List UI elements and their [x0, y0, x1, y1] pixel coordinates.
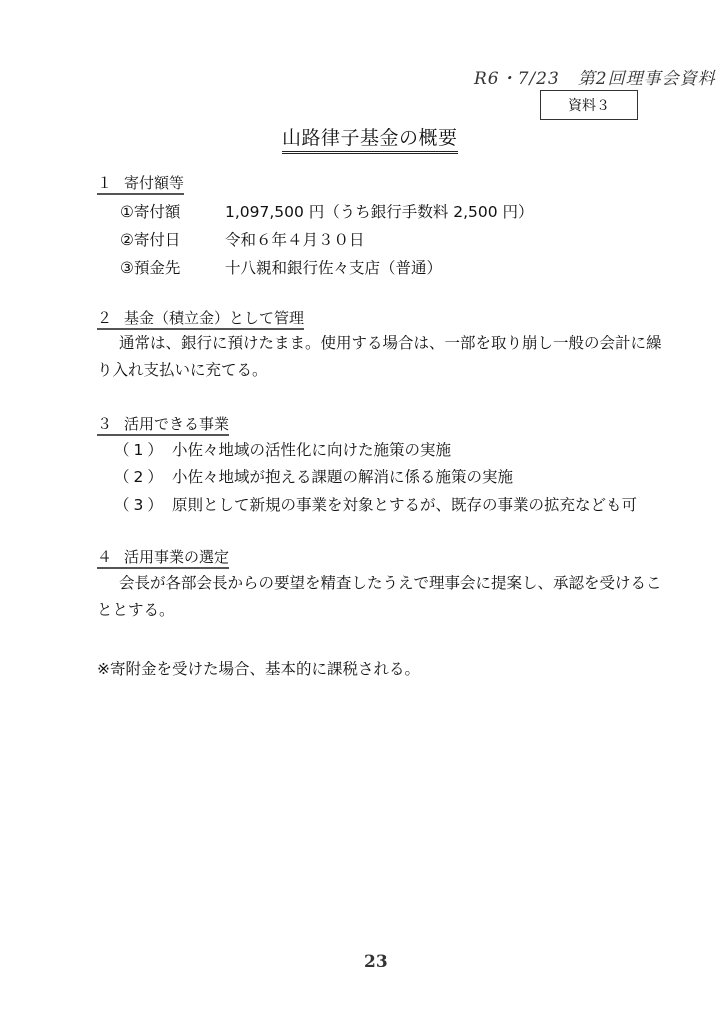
- section-number: １: [97, 174, 112, 192]
- row-label: ①寄付額: [120, 200, 225, 222]
- tax-note: ※寄附金を受けた場合、基本的に課税される。: [97, 657, 420, 679]
- section-title: 寄付額等: [124, 174, 184, 192]
- section-4-paragraph: 会長が各部会長からの要望を精査したうえで理事会に提案し、承認を受けることとする。: [97, 570, 662, 624]
- item-text: 小佐々地域の活性化に向けた施策の実施: [172, 441, 451, 459]
- item-text: 原則として新規の事業を対象とするが、既存の事業の拡充なども可: [172, 496, 637, 514]
- section-number: ４: [97, 548, 112, 566]
- page-title: 山路律子基金の概要: [282, 123, 458, 154]
- row-label: ②寄付日: [120, 228, 225, 250]
- row-value: 令和６年４月３０日: [225, 231, 365, 249]
- donation-amount-row: ①寄付額1,097,500 円（うち銀行手数料 2,500 円）: [120, 200, 534, 222]
- handwritten-note: R6・7/23 第2回理事会資料: [474, 64, 716, 89]
- donation-date-row: ②寄付日令和６年４月３０日: [120, 228, 365, 250]
- section-3-heading: ３活用できる事業: [97, 413, 229, 436]
- section-2-paragraph: 通常は、銀行に預けたまま。使用する場合は、一部を取り崩し一般の会計に繰り入れ支払…: [97, 330, 662, 384]
- section-1-heading: １寄付額等: [97, 172, 184, 195]
- document-label-box: 資料３: [540, 90, 638, 120]
- item-marker: （1）: [114, 438, 172, 460]
- item-marker: （2）: [114, 465, 172, 487]
- item-text: 小佐々地域が抱える課題の解消に係る施策の実施: [172, 468, 513, 486]
- section-2-heading: ２基金（積立金）として管理: [97, 307, 304, 330]
- row-label: ③預金先: [120, 256, 225, 278]
- section-number: ２: [97, 309, 112, 327]
- list-item: （1）小佐々地域の活性化に向けた施策の実施: [114, 438, 451, 460]
- row-value: 十八親和銀行佐々支店（普通）: [225, 259, 442, 277]
- section-title: 活用事業の選定: [124, 548, 229, 566]
- section-title: 活用できる事業: [124, 415, 229, 433]
- list-item: （3）原則として新規の事業を対象とするが、既存の事業の拡充なども可: [114, 493, 637, 515]
- section-4-heading: ４活用事業の選定: [97, 546, 229, 569]
- section-number: ３: [97, 415, 112, 433]
- item-marker: （3）: [114, 493, 172, 515]
- row-value: 1,097,500 円（うち銀行手数料 2,500 円）: [225, 203, 534, 221]
- section-title: 基金（積立金）として管理: [124, 309, 304, 327]
- deposit-bank-row: ③預金先十八親和銀行佐々支店（普通）: [120, 256, 442, 278]
- list-item: （2）小佐々地域が抱える課題の解消に係る施策の実施: [114, 465, 513, 487]
- page-number: 23: [364, 952, 388, 972]
